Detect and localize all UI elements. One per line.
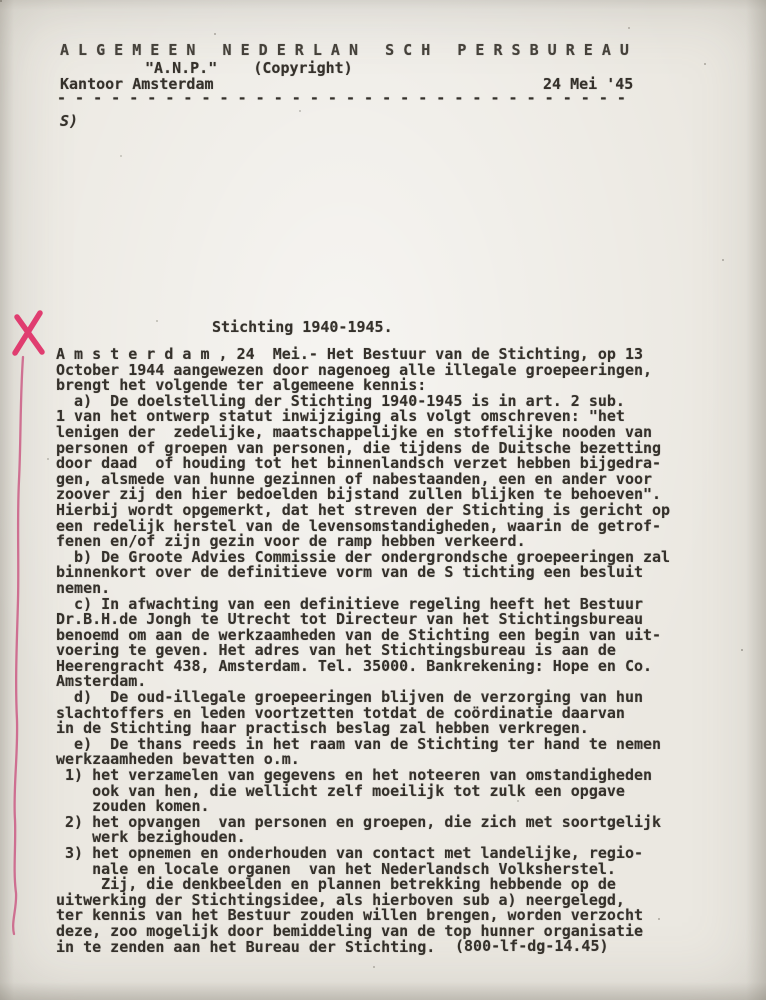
document-page: A L G E M E E N N E D E R L A N S C H P … [0,0,766,1000]
dashed-divider: - - - - - - - - - - - - - - - - - - - - … [57,90,626,106]
document-title: Stichting 1940-1945. [212,319,393,335]
anp-copyright-line: "A.N.P." (Copyright) [145,60,353,76]
reference-code: (800-lf-dg-14.45) [455,938,609,954]
document-body-text: A m s t e r d a m , 24 Mei.- Het Bestuur… [56,347,670,955]
agency-name: A L G E M E E N N E D E R L A N S C H P … [60,42,629,58]
red-x-mark [15,313,42,353]
page-mark: S) [60,113,78,129]
paper-specks [0,0,2,2]
red-margin-line [13,357,23,934]
